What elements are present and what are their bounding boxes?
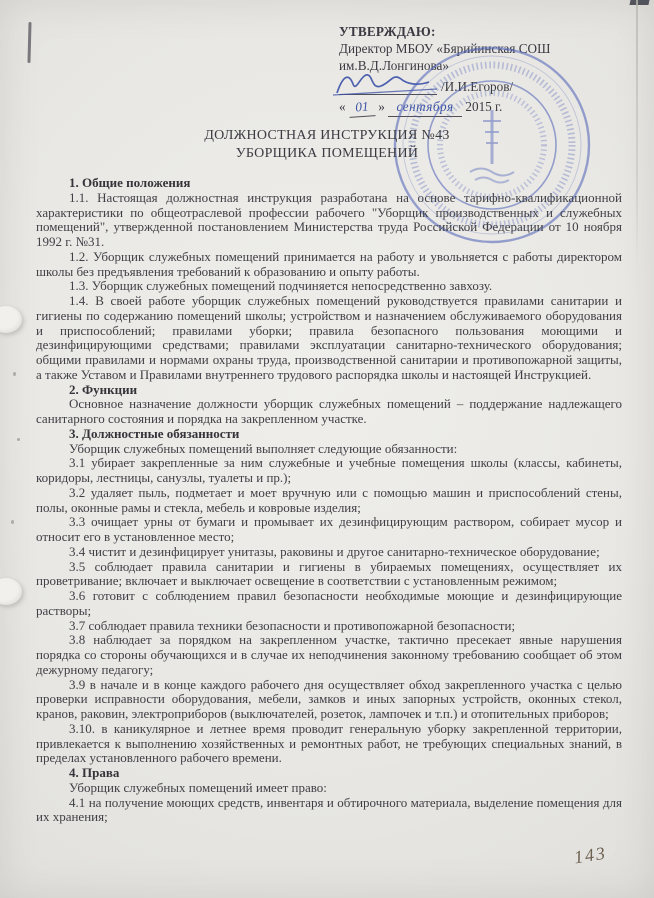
paragraph: 3.1 убирает закрепленные за ним служебны… <box>36 456 622 486</box>
paragraph: Уборщик служебных помещений выполняет сл… <box>36 442 622 457</box>
paragraph: 3.4 чистит и дезинфицирует унитазы, рако… <box>36 545 622 560</box>
paragraph: 4.1 на получение моющих средств, инвента… <box>36 796 622 826</box>
paragraph: 3.5 соблюдает правила санитарии и гигиен… <box>36 560 622 590</box>
hole-punch-shadow <box>0 578 22 605</box>
paragraph: 3.3 очищает урны от бумаги и промывает и… <box>36 515 622 545</box>
paragraph: 3.7 соблюдает правила техники безопаснос… <box>36 619 622 634</box>
paragraph: Уборщик служебных помещений имеет право: <box>36 781 622 796</box>
section-heading: 1. Общие положения <box>36 176 622 191</box>
scan-speck <box>11 520 14 524</box>
section-heading: 4. Права <box>36 766 622 781</box>
paragraph: 3.9 в начале и в конце каждого рабочего … <box>36 678 622 722</box>
document-title-line1: ДОЛЖНОСТНАЯ ИНСТРУКЦИЯ №43 <box>0 127 654 145</box>
scanned-document-page: УТВЕРЖДАЮ: Директор МБОУ «Бярийинская СО… <box>0 0 654 898</box>
scan-speck <box>17 438 20 441</box>
paragraph: 1.2. Уборщик служебных помещений принима… <box>36 250 622 280</box>
quote-close: » <box>378 99 385 114</box>
date-day-handwritten: 01 <box>348 99 375 119</box>
paragraph: 3.10. в каникулярное и летнее время пров… <box>36 722 622 766</box>
paragraph: 1.3. Уборщик служебных помещений подчиня… <box>36 279 622 294</box>
paragraph: 1.4. В своей работе уборщик служебных по… <box>36 294 622 383</box>
hole-punch-shadow <box>0 306 22 333</box>
paragraph: 3.8 наблюдает за порядком на закрепленно… <box>36 633 622 677</box>
page-number-handwritten: 143 <box>573 843 609 869</box>
paragraph: Основное назначение должности уборщик сл… <box>36 397 622 427</box>
section-heading: 2. Функции <box>36 383 622 398</box>
paragraph: 1.1. Настоящая должностная инструкция ра… <box>36 191 622 250</box>
document-title: ДОЛЖНОСТНАЯ ИНСТРУКЦИЯ №43 УБОРЩИКА ПОМЕ… <box>0 127 654 162</box>
staple-mark <box>27 22 31 63</box>
section-heading: 3. Должностные обязанности <box>36 427 622 442</box>
document-title-line2: УБОРЩИКА ПОМЕЩЕНИЙ <box>0 145 654 163</box>
document-body: 1. Общие положения 1.1. Настоящая должно… <box>36 176 622 825</box>
paragraph: 3.2 удаляет пыль, подметает и моет вручн… <box>36 486 622 516</box>
scan-speck <box>13 372 16 376</box>
paragraph: 3.6 готовит с соблюдением правил безопас… <box>36 589 622 619</box>
quote-open: « <box>339 99 346 114</box>
approval-heading: УТВЕРЖДАЮ: <box>339 24 550 41</box>
scan-edge-mark <box>629 0 649 5</box>
